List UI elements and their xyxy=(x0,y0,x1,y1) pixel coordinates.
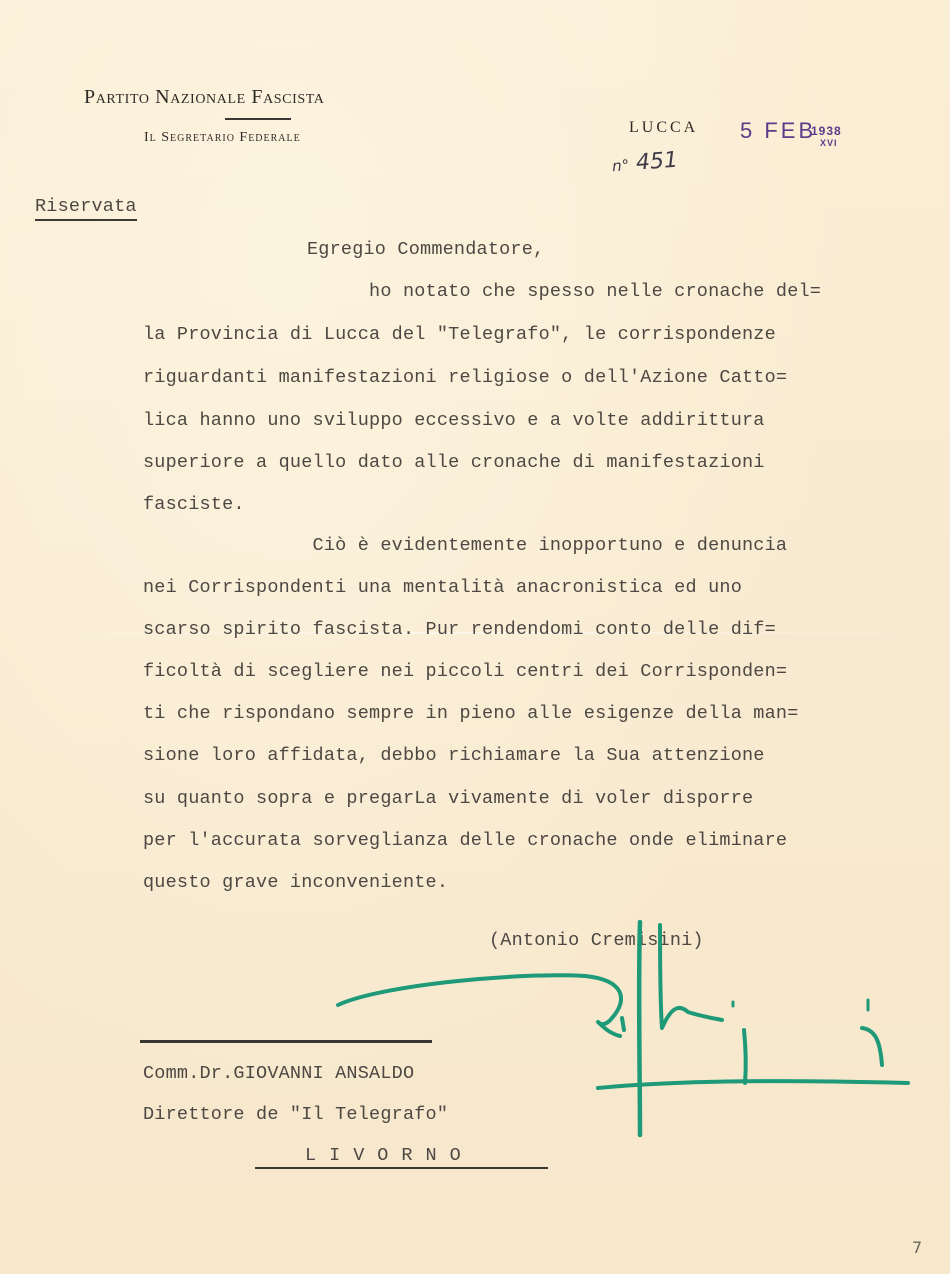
date-stamp: 5 FEB xyxy=(740,118,816,144)
letterhead-divider xyxy=(225,118,291,120)
addressee-rule-top xyxy=(140,1040,432,1043)
header-city: LUCCA xyxy=(629,119,698,137)
body-line: superiore a quello dato alle cronache di… xyxy=(143,452,765,473)
page-number: 7 xyxy=(912,1238,922,1257)
paper-background xyxy=(0,0,950,1280)
addressee-city: LIVORNO xyxy=(305,1145,474,1166)
protocol-number: n° 451 xyxy=(611,148,679,178)
body-line: su quanto sopra e pregarLa vivamente di … xyxy=(143,788,753,809)
body-line: la Provincia di Lucca del "Telegrafo", l… xyxy=(143,324,776,345)
signatory-typed-name: (Antonio Cremisini) xyxy=(489,930,704,951)
date-stamp-era: XVI xyxy=(820,138,838,148)
protocol-value: 451 xyxy=(635,148,679,176)
body-line: ho notato che spesso nelle cronache del= xyxy=(143,281,821,302)
body-line: questo grave inconveniente. xyxy=(143,872,448,893)
body-line: scarso spirito fascista. Pur rendendomi … xyxy=(143,619,776,640)
letterhead-office: Il Segretario Federale xyxy=(144,130,301,146)
date-stamp-year: 1938 xyxy=(811,124,842,138)
body-line: nei Corrispondenti una mentalità anacron… xyxy=(143,577,742,598)
body-line: ficoltà di scegliere nei piccoli centri … xyxy=(143,661,787,682)
body-line: Ciò è evidentemente inopportuno e denunc… xyxy=(143,535,787,556)
body-line: per l'accurata sorveglianza delle cronac… xyxy=(143,830,787,851)
letterhead-party: Partito Nazionale Fascista xyxy=(84,86,325,109)
addressee-name: Comm.Dr.GIOVANNI ANSALDO xyxy=(143,1063,414,1084)
body-line: fasciste. xyxy=(143,494,245,515)
addressee-rule-bottom xyxy=(255,1167,548,1169)
classification-label: Riservata xyxy=(35,196,137,221)
salutation: Egregio Commendatore, xyxy=(307,239,544,260)
body-line: ti che rispondano sempre in pieno alle e… xyxy=(143,703,799,724)
scan-edge xyxy=(0,1274,950,1280)
body-line: riguardanti manifestazioni religiose o d… xyxy=(143,367,787,388)
body-line: lica hanno uno sviluppo eccessivo e a vo… xyxy=(143,410,765,431)
addressee-title: Direttore de "Il Telegrafo" xyxy=(143,1104,448,1125)
body-line: sione loro affidata, debbo richiamare la… xyxy=(143,745,765,766)
protocol-prefix: n° xyxy=(612,156,630,175)
